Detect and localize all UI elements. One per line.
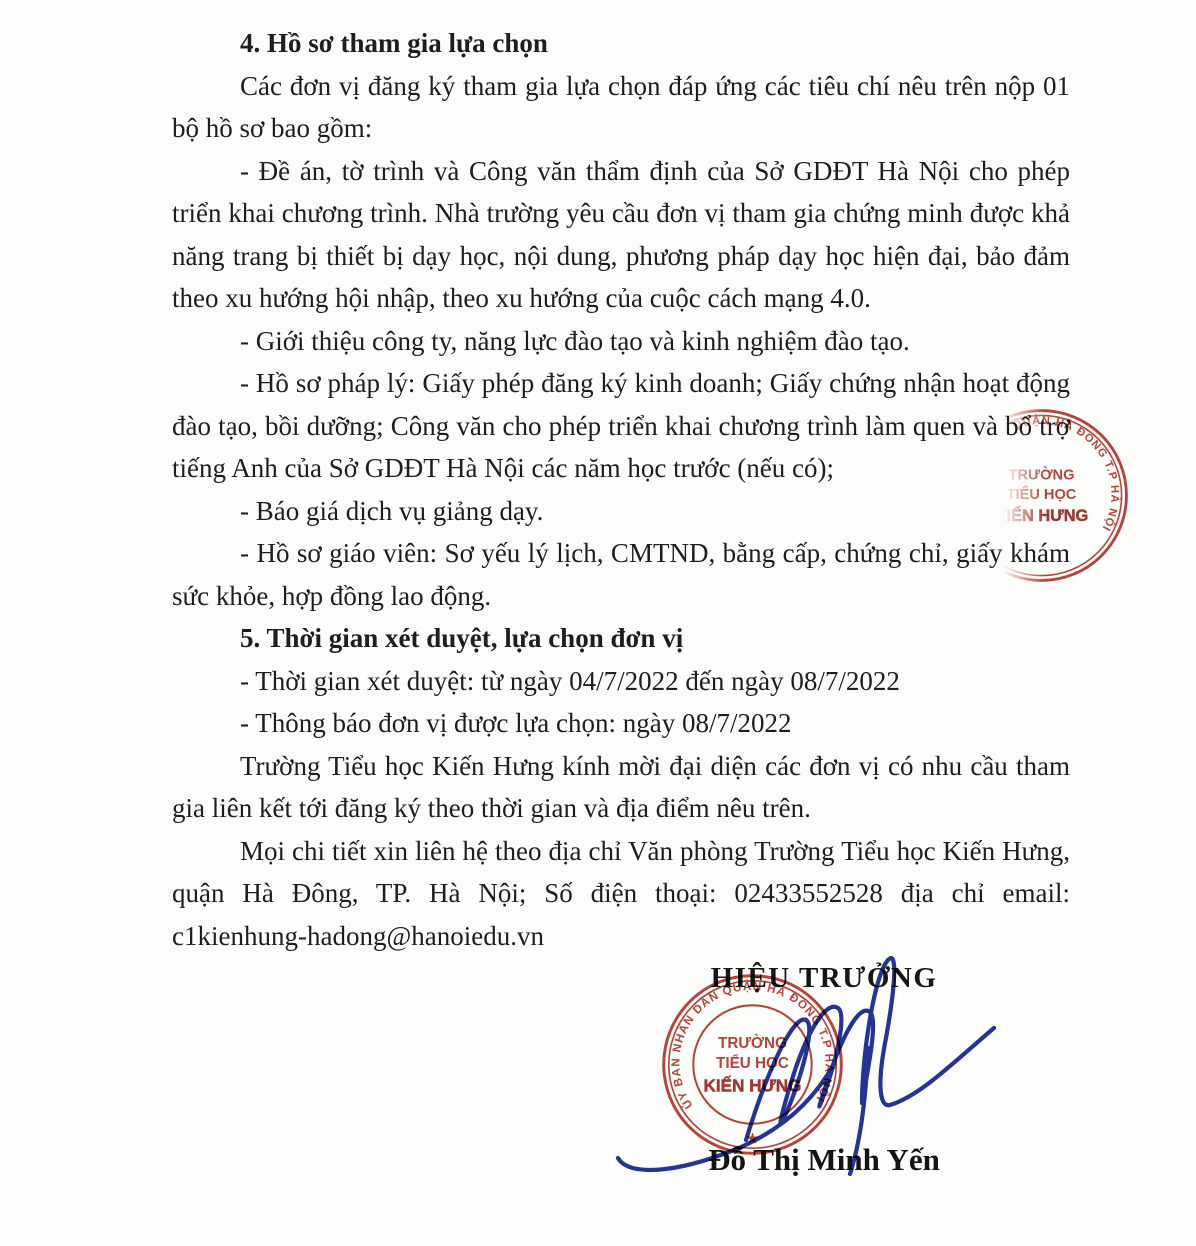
signature-stroke-tail xyxy=(862,958,994,1105)
signature-stroke-flourish xyxy=(618,1064,834,1170)
section-4-heading: 4. Hồ sơ tham gia lựa chọn xyxy=(172,22,1070,65)
document-body: 4. Hồ sơ tham gia lựa chọn Các đơn vị đă… xyxy=(172,22,1070,957)
paragraph-bao-gia: - Báo giá dịch vụ giảng dạy. xyxy=(172,490,1070,533)
partial-round-stamp-icon: ỦY BAN NHÂN DÂN QUẬN HÀ ĐÔNG T.P HÀ NỘI … xyxy=(953,407,1130,584)
partial-stamp-center-line-3: KIẾN HƯNG xyxy=(995,506,1089,525)
handwritten-signature xyxy=(598,928,1158,1194)
paragraph-ho-so-giao-vien: - Hồ sơ giáo viên: Sơ yếu lý lịch, CMTND… xyxy=(172,532,1070,617)
paragraph-thong-bao: - Thông báo đơn vị được lựa chọn: ngày 0… xyxy=(172,702,1070,745)
paragraph-intro: Các đơn vị đăng ký tham gia lựa chọn đáp… xyxy=(172,65,1070,150)
paragraph-thoi-gian-xet-duyet: - Thời gian xét duyệt: từ ngày 04/7/2022… xyxy=(172,660,1070,703)
section-5-heading: 5. Thời gian xét duyệt, lựa chọn đơn vị xyxy=(172,617,1070,660)
paragraph-ho-so-phap-ly: - Hồ sơ pháp lý: Giấy phép đăng ký kinh … xyxy=(172,362,1070,490)
paragraph-kinh-moi: Trường Tiểu học Kiến Hưng kính mời đại d… xyxy=(172,745,1070,830)
paragraph-gioi-thieu: - Giới thiệu công ty, năng lực đào tạo v… xyxy=(172,320,1070,363)
paragraph-de-an: - Đề án, tờ trình và Công văn thẩm định … xyxy=(172,150,1070,320)
scanned-document-page: 4. Hồ sơ tham gia lựa chọn Các đơn vị đă… xyxy=(0,0,1196,1246)
partial-stamp-center-line-1: TRƯỜNG xyxy=(1009,466,1075,484)
signature-stroke-loops xyxy=(746,1007,873,1140)
signature-stroke-descender xyxy=(850,1048,868,1174)
partial-stamp-center-line-2: TIỂU HỌC xyxy=(1007,485,1077,503)
